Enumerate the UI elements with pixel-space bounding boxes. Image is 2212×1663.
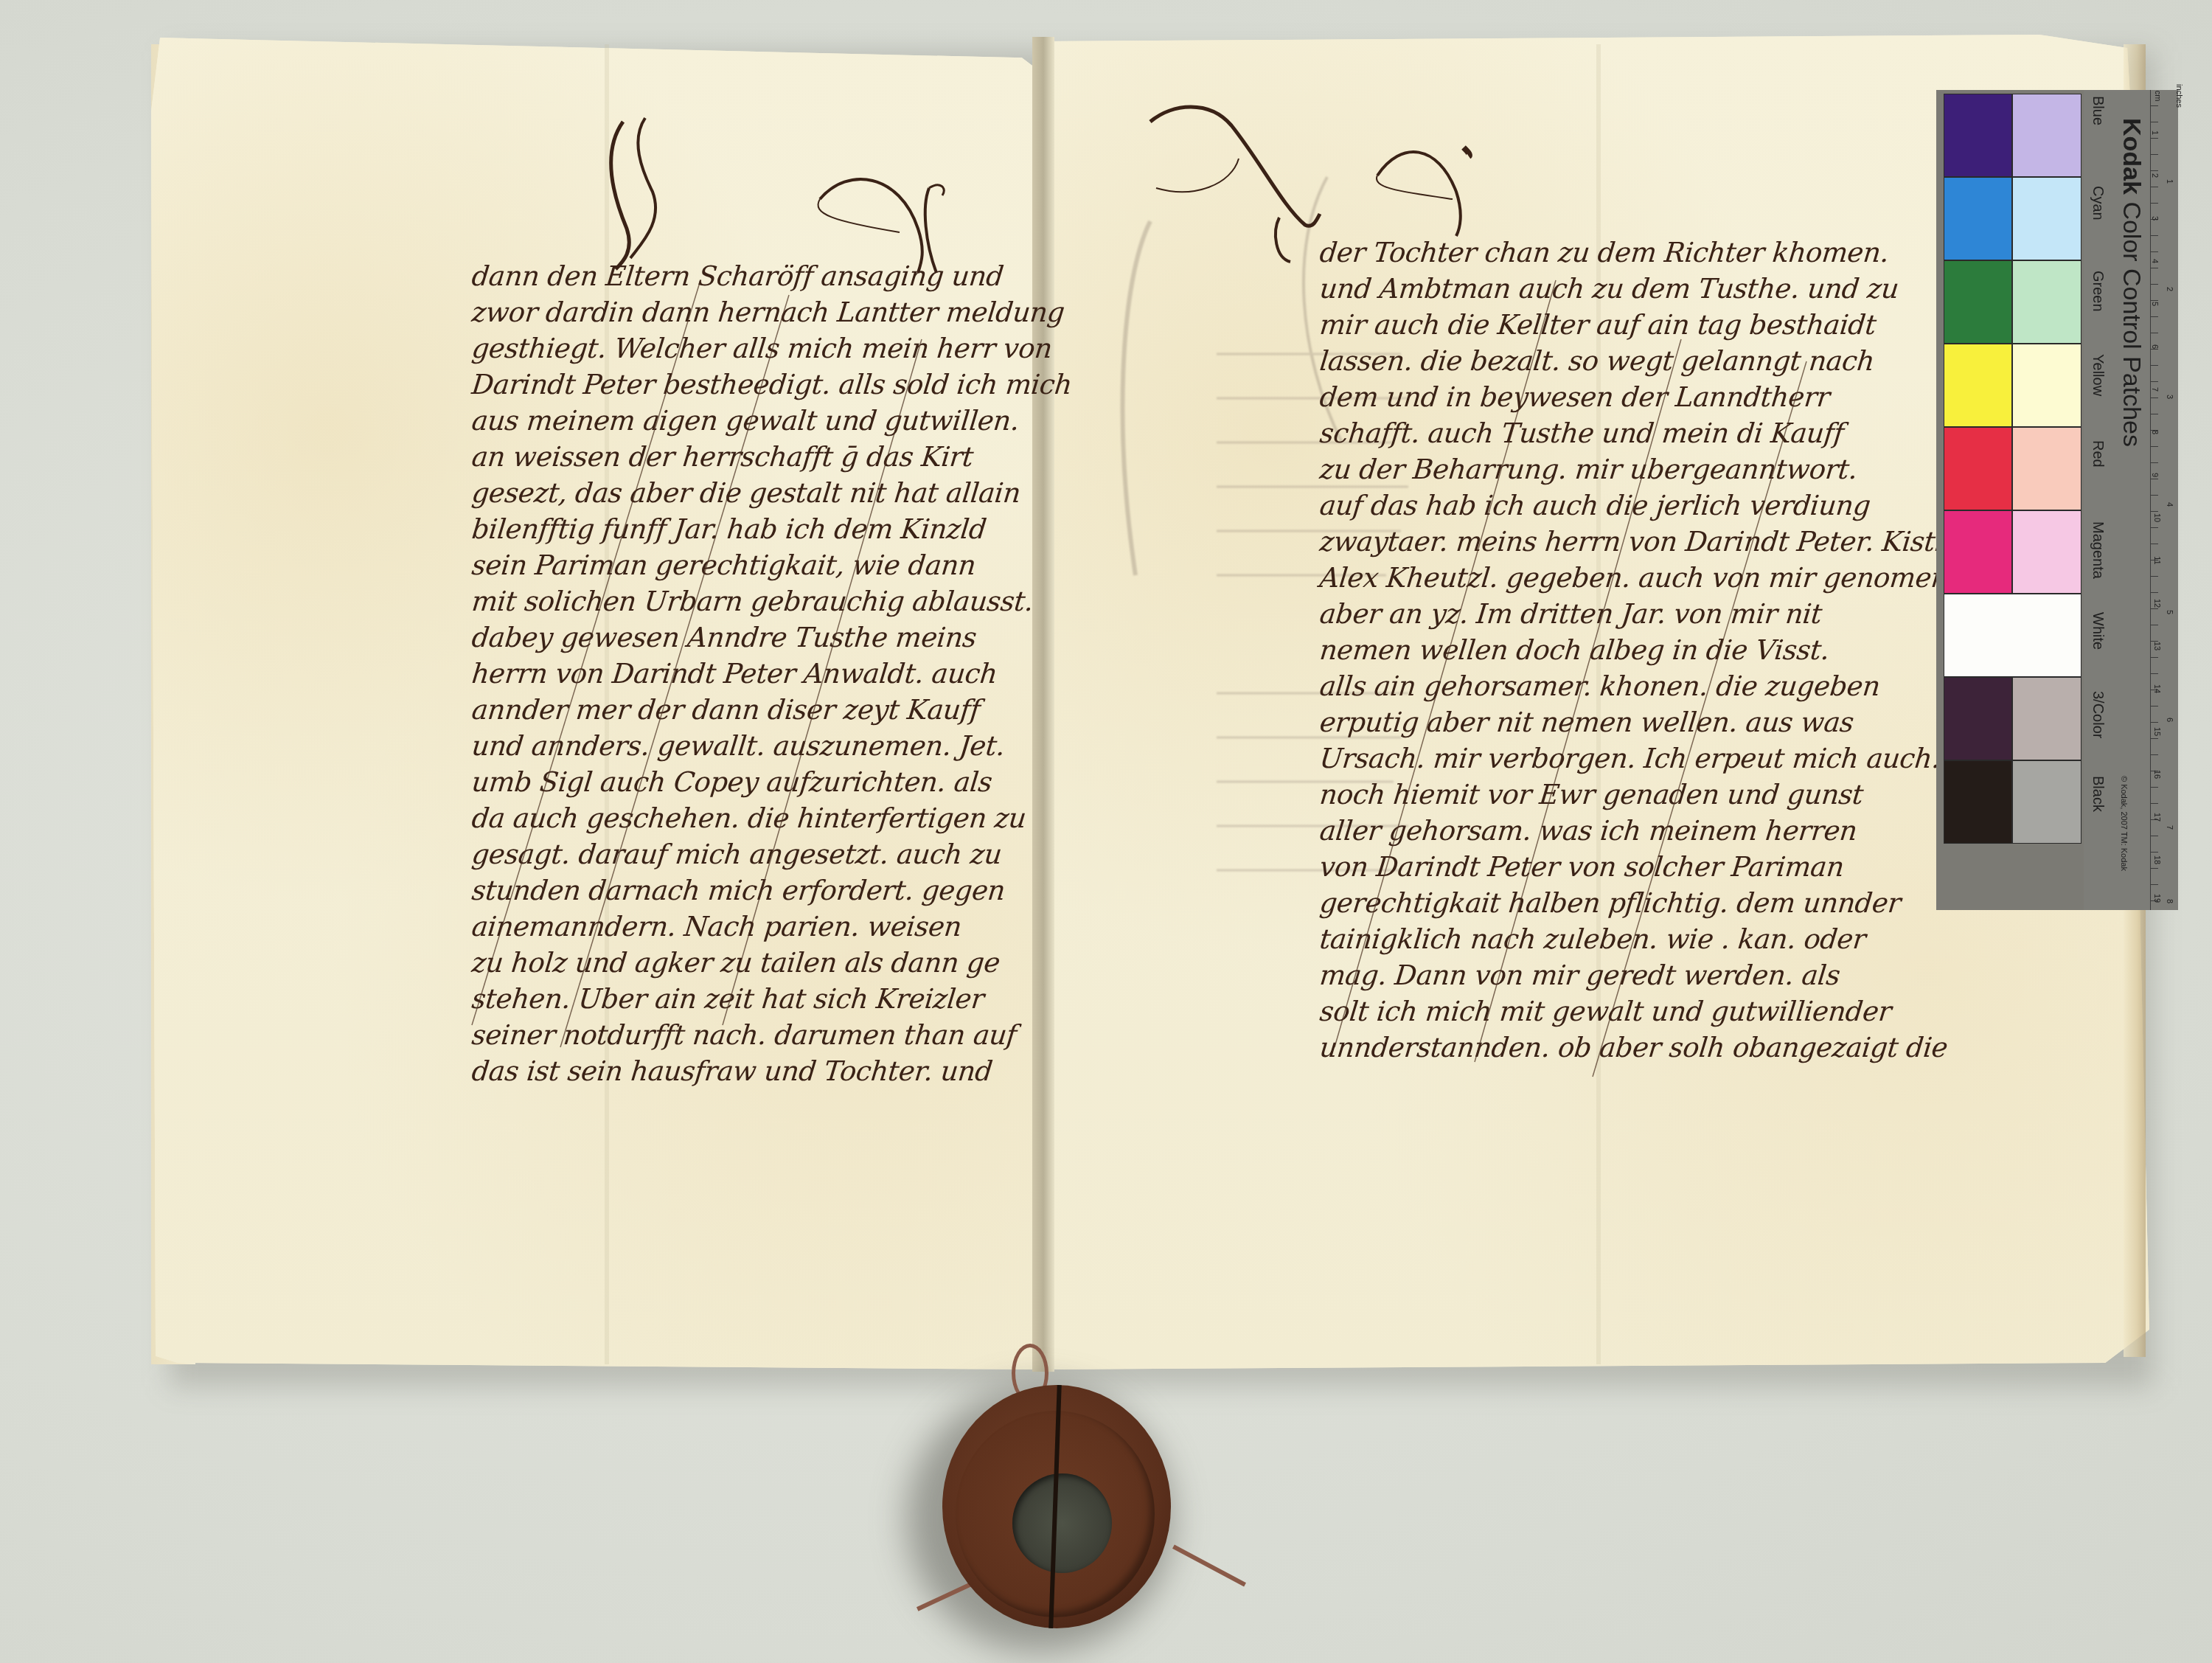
inch-tick: 5 [2165,610,2174,614]
wax-seal [942,1385,1171,1628]
kodak-brand: Kodak [2118,118,2146,195]
ruler-unit-cm: cm [2153,91,2162,102]
cm-tick: 5 [2150,302,2159,306]
patch-black-dark [1944,760,2012,844]
cm-tick: 9 [2150,473,2159,477]
inch-tick: 4 [2165,502,2174,507]
cm-tick: 1 [2150,131,2159,135]
cm-tick: 7 [2150,387,2159,392]
inch-tick: 7 [2165,825,2174,830]
patch-green-dark [1944,260,2012,344]
kodak-color-control-strip: Kodak Color Control Patches Blue Cyan Gr… [1936,90,2178,910]
cm-tick: 17 [2152,813,2161,822]
label-cyan: Cyan [2089,186,2106,221]
patch-white-b [2012,594,2081,677]
cm-tick: 11 [2152,556,2161,564]
descender-strokes [442,251,1917,1136]
patches-light-column [2012,94,2081,844]
patch-blue-light [2012,94,2081,177]
label-red: Red [2089,440,2106,468]
seal-impression [1012,1473,1112,1573]
cm-tick: 16 [2152,770,2161,779]
label-magenta: Magenta [2089,521,2106,579]
cm-tick: 8 [2150,430,2159,434]
label-yellow: Yellow [2089,354,2106,396]
patch-cyan-dark [1944,177,2012,260]
patch-yellow-dark [1944,344,2012,427]
ruler: cm 1 2 3 4 5 6 7 8 9 10 11 12 13 14 15 1… [2150,90,2179,910]
ruler-unit-inches: inches [2174,84,2183,108]
inch-tick: 8 [2165,899,2174,903]
patch-yellow-light [2012,344,2081,427]
cm-tick: 18 [2152,855,2161,864]
cm-tick: 3 [2150,216,2159,221]
cm-tick: 19 [2152,894,2161,903]
label-3color: 3/Color [2089,691,2106,738]
cm-tick: 6 [2150,344,2159,349]
label-green: Green [2089,271,2106,312]
patch-green-light [2012,260,2081,344]
cm-tick: 2 [2150,173,2159,178]
patch-3color-light [2012,677,2081,760]
patch-blue-dark [1944,94,2012,177]
label-blue: Blue [2089,96,2106,125]
patch-cyan-light [2012,177,2081,260]
kodak-title: Kodak Color Control Patches [2117,118,2146,447]
inch-tick: 1 [2165,179,2174,184]
seal-cord-end-right [1172,1545,1246,1587]
patches-dark-column [1944,94,2012,844]
patch-white [1944,594,2012,677]
cm-tick: 15 [2152,727,2161,736]
inch-tick: 2 [2165,287,2174,291]
patch-magenta-dark [1944,510,2012,594]
kodak-label-area: Kodak Color Control Patches Blue Cyan Gr… [2084,90,2178,910]
label-black: Black [2089,776,2106,812]
patch-magenta-light [2012,510,2081,594]
patch-3color-dark [1944,677,2012,760]
patch-red-dark [1944,427,2012,510]
cm-tick: 10 [2152,513,2161,522]
cm-tick: 12 [2152,599,2161,608]
cm-tick: 4 [2150,259,2159,263]
patch-red-light [2012,427,2081,510]
inch-tick: 6 [2165,718,2174,722]
cm-tick: 13 [2152,642,2161,650]
label-white: White [2089,612,2106,650]
kodak-copyright: © Kodak, 2007 TM: Kodak [2119,776,2128,871]
kodak-title-rest: Color Control Patches [2118,201,2146,447]
patch-black-light [2012,760,2081,844]
cm-tick: 14 [2152,684,2161,693]
inch-tick: 3 [2165,395,2174,399]
